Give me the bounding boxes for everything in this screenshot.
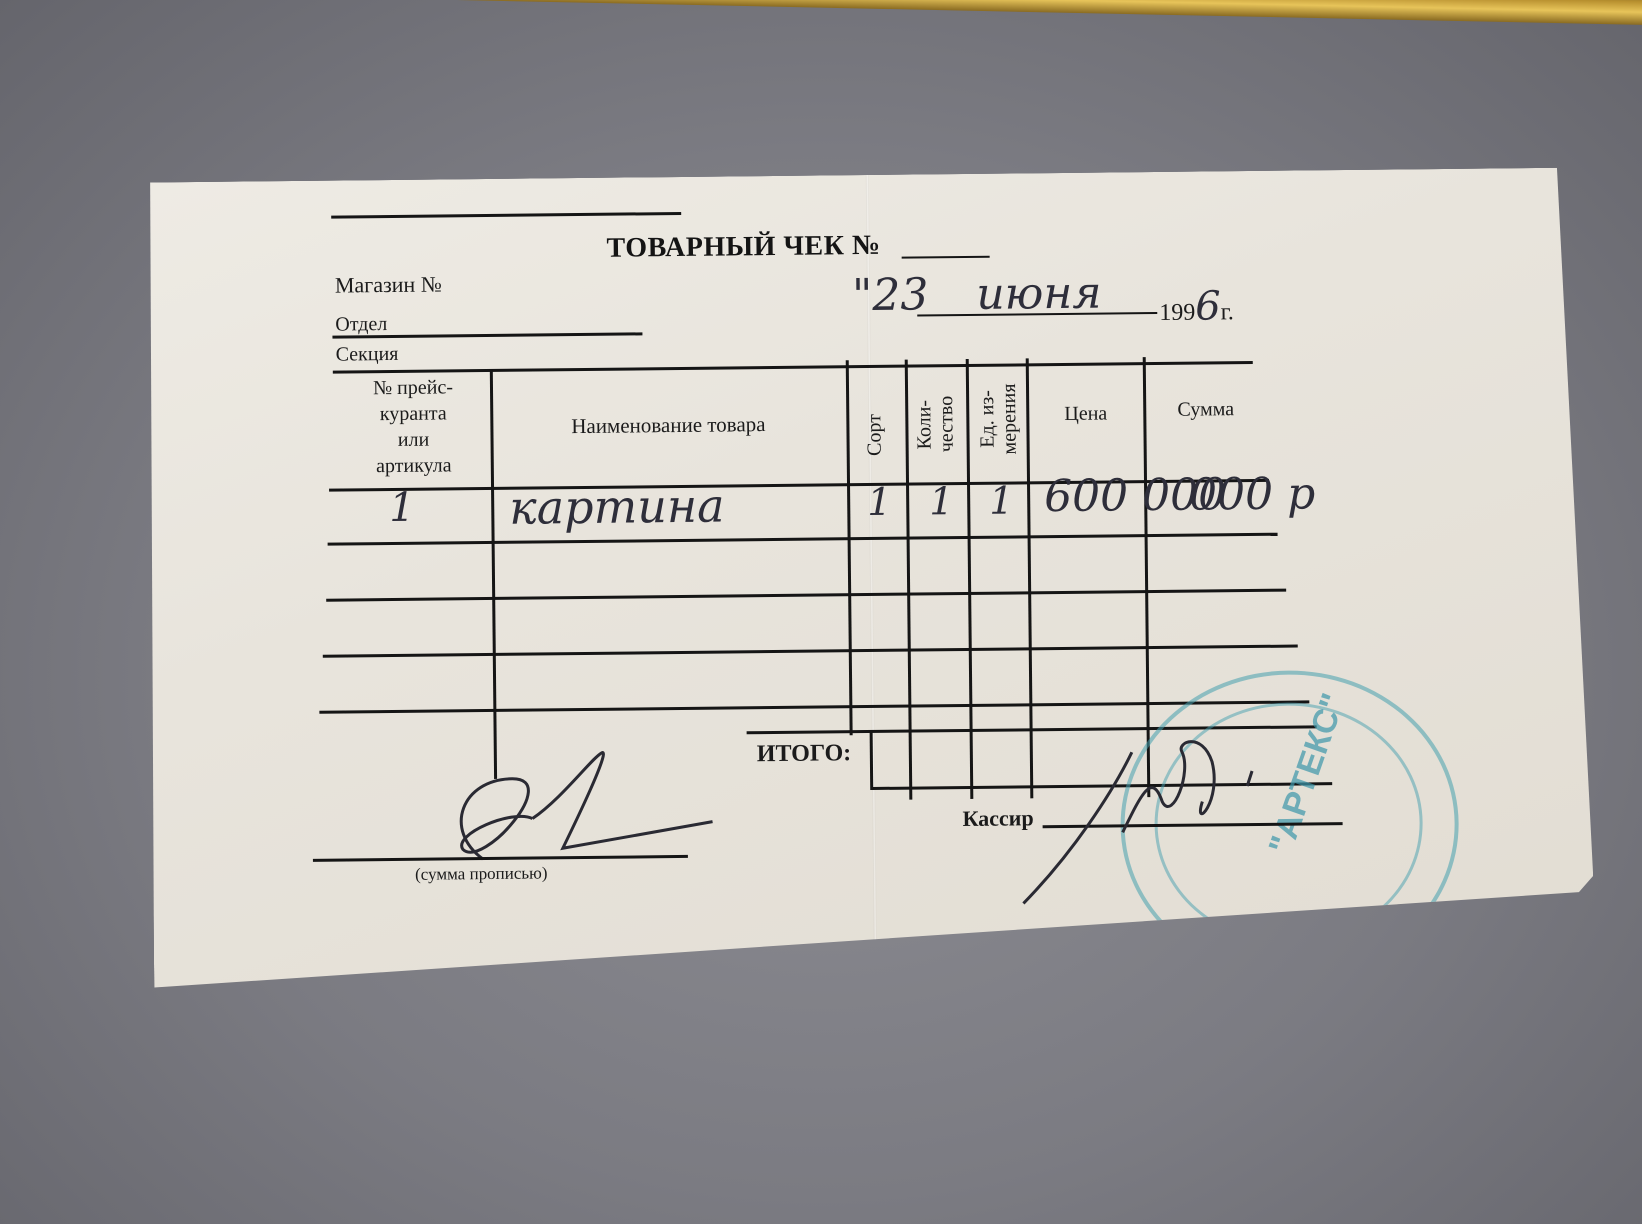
header-quantity: Коли- чество [913, 379, 958, 469]
receipt-paper: ТОВАРНЫЙ ЧЕК № Магазин № Отдел Секция "2… [146, 167, 1594, 987]
gold-frame-edge [380, 0, 1642, 26]
year-prefix: 199 [1159, 300, 1195, 326]
year-suffix: 6 [1195, 283, 1221, 329]
document-title: ТОВАРНЫЙ ЧЕК № [606, 230, 880, 265]
col-divider-grade [905, 360, 913, 800]
total-label: ИТОГО: [757, 740, 852, 768]
year-unit: г. [1221, 299, 1234, 325]
amount-in-words-caption: (сумма прописью) [415, 863, 548, 884]
row-line-2 [326, 589, 1286, 602]
row-line-1 [328, 533, 1278, 546]
header-sum: Сумма [1148, 396, 1263, 423]
row-name: картина [509, 479, 725, 535]
col-divider-name [846, 360, 853, 735]
row-line-3 [323, 645, 1298, 658]
total-left-border [870, 730, 874, 790]
section-label: Секция [336, 343, 399, 367]
header-grade: Сорт [863, 395, 886, 475]
store-label: Магазин № [335, 271, 442, 298]
row-sum: 000 р [1189, 468, 1316, 520]
date-quote: " [852, 270, 873, 321]
col-divider-qty [966, 359, 974, 799]
header-article: № прейс- куранта или артикула [338, 374, 489, 480]
department-label: Отдел [335, 313, 387, 337]
row-grade: 1 [867, 480, 892, 524]
header-unit: Ед. из- мерения [976, 368, 1021, 468]
date-year: 1996г. [1159, 283, 1234, 330]
row-article: 1 [389, 485, 415, 531]
table-top-line [333, 361, 1253, 374]
cashier-signature-icon [1011, 710, 1313, 913]
date-day: 23 [872, 269, 929, 321]
row-quantity: 1 [929, 479, 954, 523]
receipt-number-blank [902, 256, 990, 259]
top-blank-line [331, 212, 681, 219]
header-name: Наименование товара [493, 410, 843, 440]
yellow-tape-corner [1483, 833, 1642, 1105]
row-unit: 1 [989, 478, 1014, 522]
header-price: Цена [1028, 400, 1143, 427]
